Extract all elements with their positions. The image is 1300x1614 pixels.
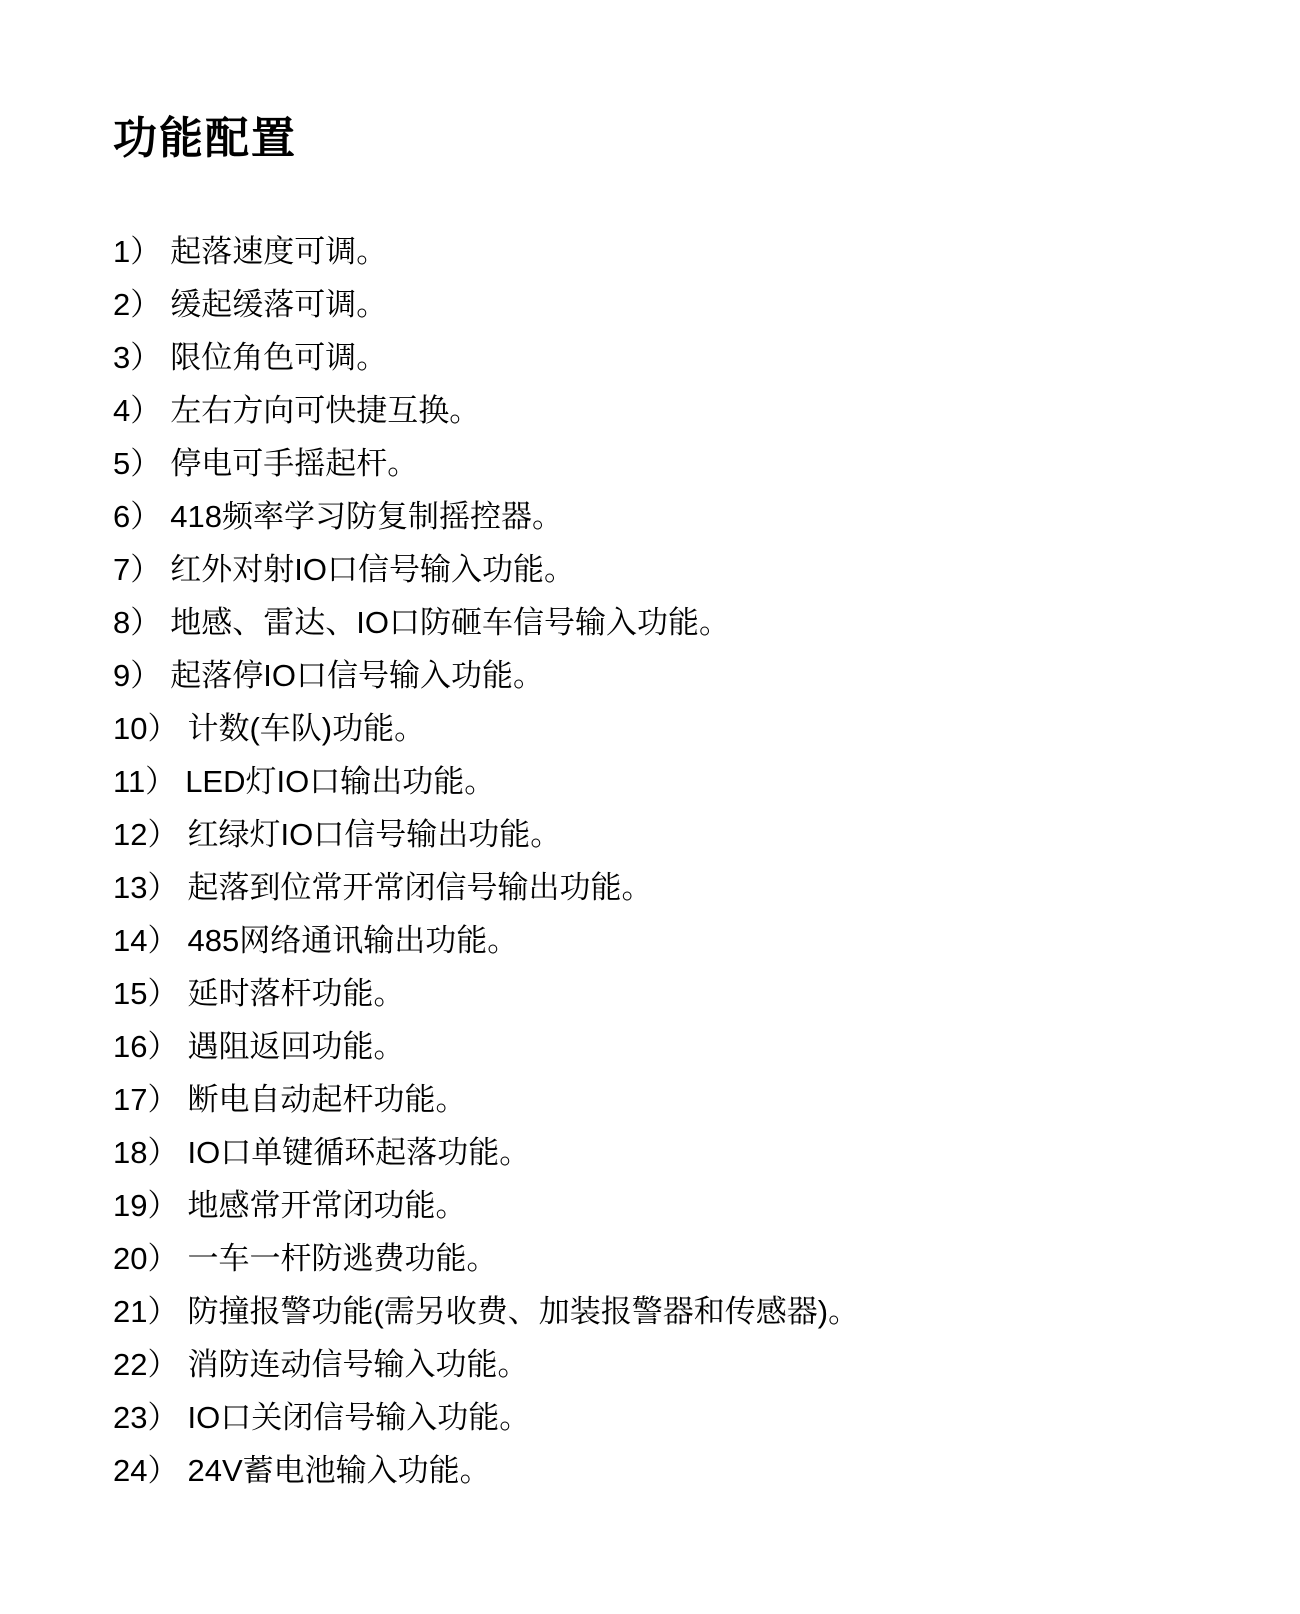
feature-item-text: 起落速度可调。 [170, 234, 387, 269]
feature-item-number: 6） [113, 490, 161, 543]
feature-item-number: 23） [113, 1391, 178, 1444]
page-title: 功能配置 [113, 112, 1260, 165]
feature-item: 24）24V蓄电池输入功能。 [113, 1444, 1260, 1497]
feature-item-text: 起落停IO口信号输入功能。 [170, 658, 544, 693]
document-page: 功能配置 1）起落速度可调。 2）缓起缓落可调。 3）限位角色可调。 4）左右方… [0, 0, 1300, 1614]
feature-item: 15）延时落杆功能。 [113, 967, 1260, 1020]
feature-item-text: 红绿灯IO口信号输出功能。 [187, 817, 561, 852]
feature-item-text: 红外对射IO口信号输入功能。 [170, 552, 575, 587]
feature-item: 19）地感常开常闭功能。 [113, 1179, 1260, 1232]
feature-item-number: 4） [113, 384, 161, 437]
feature-item-number: 13） [113, 861, 178, 914]
feature-item: 16）遇阻返回功能。 [113, 1020, 1260, 1073]
feature-item-text: 延时落杆功能。 [187, 976, 404, 1011]
feature-item: 17）断电自动起杆功能。 [113, 1073, 1260, 1126]
feature-item-text: 停电可手摇起杆。 [170, 446, 418, 481]
feature-item-text: 24V蓄电池输入功能。 [187, 1453, 490, 1488]
feature-item-text: 起落到位常开常闭信号输出功能。 [187, 870, 652, 905]
feature-item-text: LED灯IO口输出功能。 [185, 764, 495, 799]
feature-item: 23）IO口关闭信号输入功能。 [113, 1391, 1260, 1444]
feature-item-text: 缓起缓落可调。 [170, 287, 387, 322]
feature-item-number: 11） [113, 755, 176, 808]
feature-item: 9）起落停IO口信号输入功能。 [113, 649, 1260, 702]
feature-item-number: 1） [113, 225, 161, 278]
feature-item: 7）红外对射IO口信号输入功能。 [113, 543, 1260, 596]
feature-item: 3）限位角色可调。 [113, 331, 1260, 384]
feature-item: 21）防撞报警功能(需另收费、加装报警器和传感器)。 [113, 1285, 1260, 1338]
feature-item-number: 9） [113, 649, 161, 702]
feature-item-text: 消防连动信号输入功能。 [187, 1347, 528, 1382]
feature-item-number: 15） [113, 967, 178, 1020]
feature-item-text: 左右方向可快捷互换。 [170, 393, 480, 428]
feature-item-text: 遇阻返回功能。 [187, 1029, 404, 1064]
feature-item: 4）左右方向可快捷互换。 [113, 384, 1260, 437]
feature-item-text: 限位角色可调。 [170, 340, 387, 375]
feature-item-number: 12） [113, 808, 178, 861]
feature-item-number: 19） [113, 1179, 178, 1232]
feature-item: 1）起落速度可调。 [113, 225, 1260, 278]
feature-item-text: IO口单键循环起落功能。 [187, 1135, 530, 1170]
feature-item: 6）418频率学习防复制摇控器。 [113, 490, 1260, 543]
feature-item-text: 计数(车队)功能。 [187, 711, 425, 746]
feature-item-number: 17） [113, 1073, 178, 1126]
feature-item-text: 地感、雷达、IO口防砸车信号输入功能。 [170, 605, 730, 640]
feature-item: 14）485网络通讯输出功能。 [113, 914, 1260, 967]
feature-item-number: 10） [113, 702, 178, 755]
feature-item: 18）IO口单键循环起落功能。 [113, 1126, 1260, 1179]
feature-item: 5）停电可手摇起杆。 [113, 437, 1260, 490]
feature-item-text: 断电自动起杆功能。 [187, 1082, 466, 1117]
feature-item-text: 一车一杆防逃费功能。 [187, 1241, 497, 1276]
feature-item: 12）红绿灯IO口信号输出功能。 [113, 808, 1260, 861]
feature-item-number: 22） [113, 1338, 178, 1391]
feature-item: 2）缓起缓落可调。 [113, 278, 1260, 331]
feature-item: 10）计数(车队)功能。 [113, 702, 1260, 755]
feature-item-text: 防撞报警功能(需另收费、加装报警器和传感器)。 [187, 1294, 859, 1329]
feature-item-number: 16） [113, 1020, 178, 1073]
feature-item-number: 3） [113, 331, 161, 384]
feature-item-number: 20） [113, 1232, 178, 1285]
feature-item-text: IO口关闭信号输入功能。 [187, 1400, 530, 1435]
feature-item-text: 485网络通讯输出功能。 [187, 923, 518, 958]
feature-item: 22）消防连动信号输入功能。 [113, 1338, 1260, 1391]
feature-item: 11）LED灯IO口输出功能。 [113, 755, 1260, 808]
feature-item: 20）一车一杆防逃费功能。 [113, 1232, 1260, 1285]
feature-item-number: 24） [113, 1444, 178, 1497]
feature-item-number: 5） [113, 437, 161, 490]
feature-item: 13）起落到位常开常闭信号输出功能。 [113, 861, 1260, 914]
feature-item-number: 21） [113, 1285, 178, 1338]
feature-item-number: 14） [113, 914, 178, 967]
feature-item-text: 418频率学习防复制摇控器。 [170, 499, 563, 534]
feature-item-number: 18） [113, 1126, 178, 1179]
feature-item-text: 地感常开常闭功能。 [187, 1188, 466, 1223]
feature-item-number: 7） [113, 543, 161, 596]
feature-item-number: 8） [113, 596, 161, 649]
feature-item: 8）地感、雷达、IO口防砸车信号输入功能。 [113, 596, 1260, 649]
feature-item-number: 2） [113, 278, 161, 331]
feature-list: 1）起落速度可调。 2）缓起缓落可调。 3）限位角色可调。 4）左右方向可快捷互… [113, 225, 1260, 1497]
